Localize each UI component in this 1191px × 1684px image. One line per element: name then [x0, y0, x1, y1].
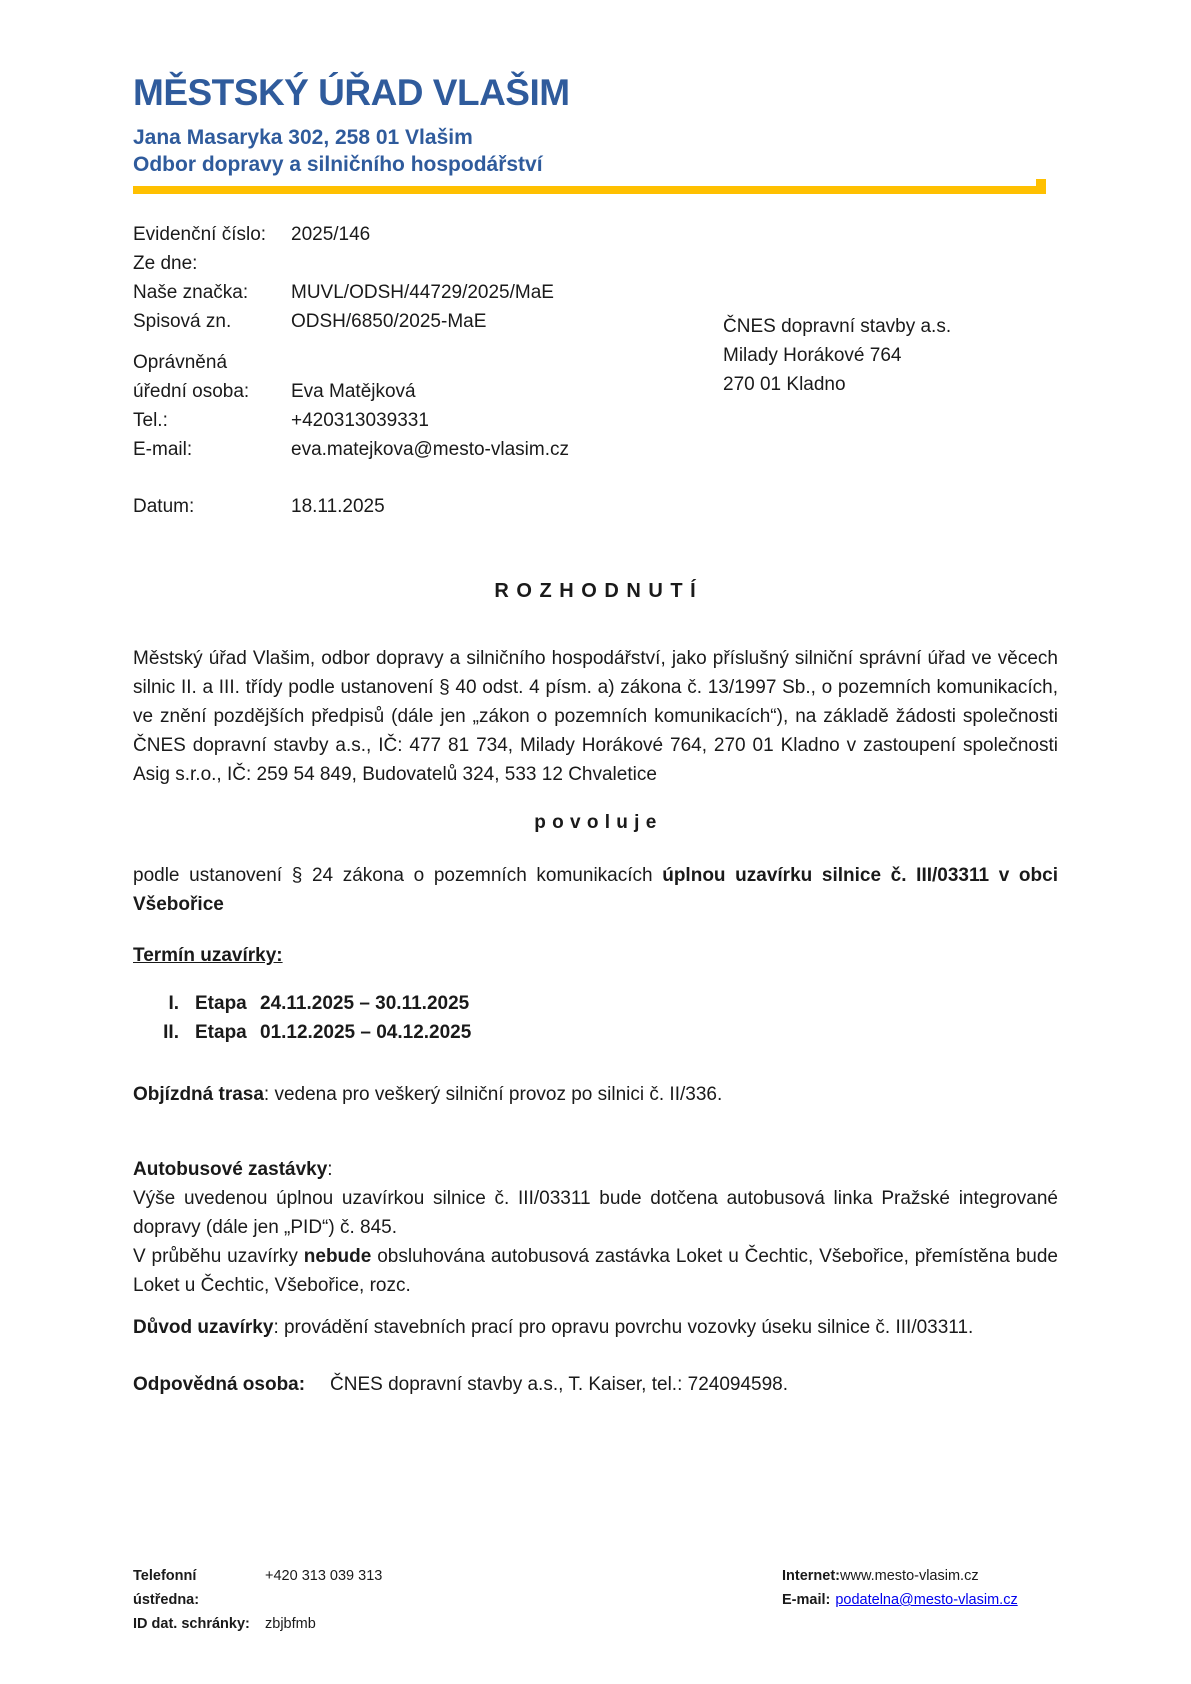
- meta-label: Ze dne:: [133, 249, 291, 278]
- term-stage-label: Etapa: [195, 989, 260, 1018]
- responsible-label: Odpovědná osoba:: [133, 1370, 330, 1399]
- office-title: MĚSTSKÝ ÚŘAD VLAŠIM: [133, 72, 1058, 114]
- detour-text: : vedena pro veškerý silniční provoz po …: [264, 1084, 722, 1105]
- document-content: MĚSTSKÝ ÚŘAD VLAŠIM Jana Masaryka 302, 2…: [0, 0, 1191, 1399]
- office-department: Odbor dopravy a silničního hospodářství: [133, 151, 1058, 178]
- bus-line2-prefix: V průběhu uzavírky: [133, 1246, 304, 1267]
- officer-phone: +420313039331: [291, 406, 1058, 435]
- decision-title: R O Z H O D N U T Í: [133, 577, 1058, 606]
- term-item-stage1: I. Etapa 24.11.2025 – 30.11.2025: [133, 989, 1058, 1018]
- meta-label: Oprávněná: [133, 348, 291, 377]
- bus-stops-colon: :: [327, 1159, 332, 1180]
- meta-label: úřední osoba:: [133, 377, 291, 406]
- footer-phone-label: Telefonní ústředna:: [133, 1564, 265, 1612]
- detour-paragraph: Objízdná trasa: vedena pro veškerý silni…: [133, 1080, 1058, 1109]
- meta-value: [291, 249, 1058, 278]
- term-numeral: II.: [133, 1018, 179, 1047]
- responsible-paragraph: Odpovědná osoba:ČNES dopravní stavby a.s…: [133, 1370, 1058, 1399]
- term-numeral: I.: [133, 989, 179, 1018]
- footer-internet-value: www.mesto-vlasim.cz: [840, 1564, 979, 1588]
- addressee-city: 270 01 Kladno: [723, 370, 951, 399]
- grant-paragraph: podle ustanovení § 24 zákona o pozemních…: [133, 861, 1058, 919]
- term-dates: 01.12.2025 – 04.12.2025: [260, 1018, 1058, 1047]
- document-page: MĚSTSKÝ ÚŘAD VLAŠIM Jana Masaryka 302, 2…: [0, 0, 1191, 1684]
- meta-value: MUVL/ODSH/44729/2025/MaE: [291, 278, 1058, 307]
- addressee-street: Milady Horákové 764: [723, 341, 951, 370]
- bus-line2-emphasis: nebude: [304, 1246, 372, 1267]
- reason-text: : provádění stavebních prací pro opravu …: [273, 1317, 973, 1338]
- accent-rule-endcap: [1036, 179, 1046, 194]
- meta-row-reference: Naše značka: MUVL/ODSH/44729/2025/MaE: [133, 278, 1058, 307]
- meta-label: Datum:: [133, 492, 291, 521]
- footer-email-link[interactable]: podatelna@mesto-vlasim.cz: [835, 1588, 1017, 1612]
- footer-databox-row: ID dat. schránky: zbjbfmb: [133, 1612, 382, 1636]
- footer-databox-label: ID dat. schránky:: [133, 1612, 265, 1636]
- addressee-block: ČNES dopravní stavby a.s. Milady Horákov…: [723, 312, 951, 399]
- footer-internet-label: Internet:: [782, 1564, 840, 1588]
- footer-phone-value: +420 313 039 313: [265, 1564, 382, 1612]
- bus-stops-heading: Autobusové zastávky:: [133, 1155, 1058, 1184]
- detour-label: Objízdná trasa: [133, 1084, 264, 1105]
- decision-verb: p o v o l u j e: [133, 808, 1058, 837]
- meta-label: Tel.:: [133, 406, 291, 435]
- meta-row-phone: Tel.: +420313039331: [133, 406, 1058, 435]
- footer-left: Telefonní ústředna: +420 313 039 313 ID …: [133, 1564, 382, 1636]
- office-address: Jana Masaryka 302, 258 01 Vlašim: [133, 124, 1058, 151]
- meta-value: 2025/146: [291, 220, 1058, 249]
- reason-paragraph: Důvod uzavírky: provádění stavebních pra…: [133, 1313, 1058, 1342]
- footer-email-row: E-mail: podatelna@mesto-vlasim.cz: [782, 1588, 1018, 1612]
- footer-databox-value: zbjbfmb: [265, 1612, 316, 1636]
- accent-rule: [133, 186, 1046, 194]
- footer-right: Internet: www.mesto-vlasim.cz E-mail: po…: [782, 1564, 1018, 1612]
- bus-stops-line2: V průběhu uzavírky nebude obsluhována au…: [133, 1242, 1058, 1300]
- term-heading: Termín uzavírky:: [133, 941, 1058, 970]
- document-date: 18.11.2025: [291, 492, 1058, 521]
- meta-label: E-mail:: [133, 435, 291, 464]
- responsible-value: ČNES dopravní stavby a.s., T. Kaiser, te…: [330, 1374, 788, 1395]
- footer-internet-row: Internet: www.mesto-vlasim.cz: [782, 1564, 1018, 1588]
- officer-email: eva.matejkova@mesto-vlasim.cz: [291, 435, 1058, 464]
- term-list: I. Etapa 24.11.2025 – 30.11.2025 II. Eta…: [133, 989, 1058, 1047]
- meta-label: Evidenční číslo:: [133, 220, 291, 249]
- term-item-stage2: II. Etapa 01.12.2025 – 04.12.2025: [133, 1018, 1058, 1047]
- term-dates: 24.11.2025 – 30.11.2025: [260, 989, 1058, 1018]
- footer-phone-row: Telefonní ústředna: +420 313 039 313: [133, 1564, 382, 1612]
- meta-row-date-of: Ze dne:: [133, 249, 1058, 278]
- footer-email-label: E-mail:: [782, 1588, 830, 1612]
- bus-stops-label: Autobusové zastávky: [133, 1159, 327, 1180]
- meta-row-evidence: Evidenční číslo: 2025/146: [133, 220, 1058, 249]
- decision-intro-paragraph: Městský úřad Vlašim, odbor dopravy a sil…: [133, 644, 1058, 789]
- meta-row-document-date: Datum: 18.11.2025: [133, 492, 1058, 521]
- meta-row-email: E-mail: eva.matejkova@mesto-vlasim.cz: [133, 435, 1058, 464]
- reason-label: Důvod uzavírky: [133, 1317, 273, 1338]
- term-stage-label: Etapa: [195, 1018, 260, 1047]
- grant-prefix: podle ustanovení § 24 zákona o pozemních…: [133, 865, 662, 886]
- meta-label: Spisová zn.: [133, 307, 291, 336]
- meta-label: Naše značka:: [133, 278, 291, 307]
- bus-stops-line1: Výše uvedenou úplnou uzavírkou silnice č…: [133, 1184, 1058, 1242]
- addressee-company: ČNES dopravní stavby a.s.: [723, 312, 951, 341]
